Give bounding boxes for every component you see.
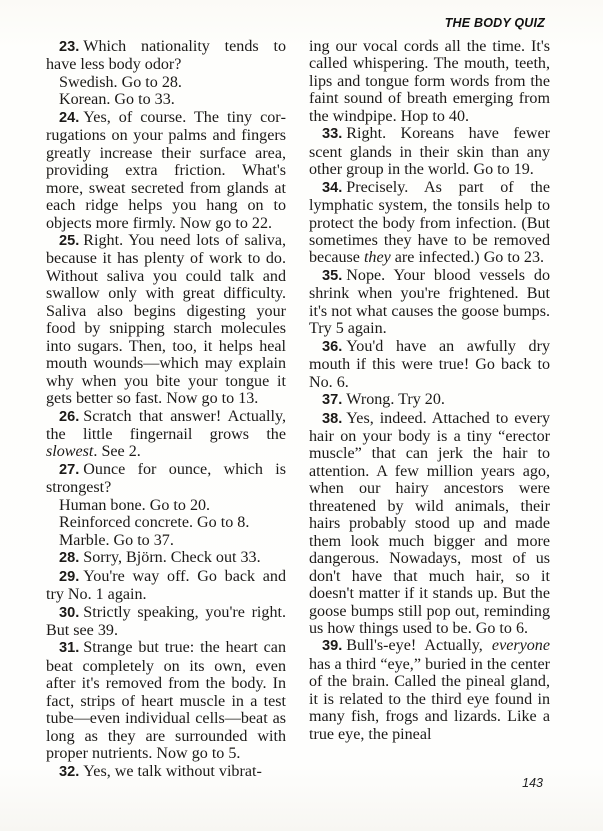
answer-32: 32.Yes, we talk without vibrat- [46, 763, 286, 781]
item-number: 23. [59, 39, 79, 55]
answer-option: Human bone. Go to 20. [46, 497, 286, 514]
answer-text: You're way off. Go back and try No. 1 ag… [46, 568, 286, 603]
answer-38: 38.Yes, indeed. Attached to every hair o… [309, 410, 550, 638]
item-number: 30. [59, 605, 79, 621]
answer-text: Right. Koreans have fewer scent glands i… [309, 125, 550, 178]
answer-option: Reinforced concrete. Go to 8. [46, 514, 286, 531]
answer-33: 33.Right. Koreans have fewer scent gland… [309, 125, 550, 178]
answer-text: You'd have an awfully dry mouth if this … [309, 338, 550, 391]
answer-39: 39.Bull's-eye! Actually, every­one has a… [309, 637, 550, 743]
answer-text: . See 2. [93, 443, 140, 460]
answer-text: Scratch that answer! Actu­ally, the litt… [46, 408, 286, 443]
page-number: 143 [522, 776, 543, 790]
answer-28: 28.Sorry, Björn. Check out 33. [46, 549, 286, 567]
emphasis-text: every­one [492, 637, 550, 654]
item-number: 36. [322, 339, 342, 355]
answer-31: 31.Strange but true: the heart can beat … [46, 639, 286, 762]
answer-35: 35.Nope. Your blood vessels do shrink wh… [309, 267, 550, 338]
item-number: 24. [59, 110, 79, 126]
question-text: Ounce for ounce, which is strongest? [46, 461, 286, 496]
answer-29: 29.You're way off. Go back and try No. 1… [46, 568, 286, 604]
item-number: 26. [59, 409, 79, 425]
left-column: 23.Which nationality tends to have less … [46, 38, 286, 781]
item-number: 31. [59, 640, 79, 656]
answer-option: Marble. Go to 37. [46, 532, 286, 549]
item-number: 25. [59, 233, 79, 249]
answer-text: Yes, of course. The tiny cor­rugations o… [46, 109, 286, 232]
item-number: 27. [59, 462, 79, 478]
answer-37: 37.Wrong. Try 20. [309, 391, 550, 409]
answer-text: has a third “eye,” buried in the center … [309, 656, 550, 743]
answer-text: Wrong. Try 20. [346, 391, 445, 408]
running-head: THE BODY QUIZ [445, 16, 545, 30]
item-number: 39. [322, 638, 342, 654]
answer-text: Right. You need lots of saliva, because … [46, 232, 286, 407]
item-number: 33. [322, 126, 342, 142]
answer-text: are infected.) Go to 23. [391, 249, 544, 266]
right-column: ing our vocal cords all the time. It's c… [309, 38, 550, 743]
answer-text: Bull's-eye! Actually, [346, 637, 492, 654]
item-number: 28. [59, 550, 79, 566]
answer-text: Sorry, Björn. Check out 33. [83, 549, 260, 566]
item-number: 34. [322, 180, 342, 196]
answer-34: 34.Precisely. As part of the lymphatic s… [309, 179, 550, 267]
magazine-page: THE BODY QUIZ 23.Which nationality tends… [0, 0, 603, 831]
question-23: 23.Which nationality tends to have less … [46, 38, 286, 74]
emphasis-text: slowest [46, 443, 93, 460]
answer-25: 25.Right. You need lots of saliva, becau… [46, 232, 286, 408]
question-text: Which nationality tends to have less bod… [46, 38, 286, 73]
answer-option: Swedish. Go to 28. [46, 74, 286, 91]
emphasis-text: they [364, 249, 391, 266]
item-number: 37. [322, 392, 342, 408]
item-number: 38. [322, 411, 342, 427]
answer-text: Yes, we talk without vibrat- [83, 763, 262, 780]
question-27: 27.Ounce for ounce, which is strongest? [46, 461, 286, 497]
answer-30: 30.Strictly speaking, you're right. But … [46, 604, 286, 640]
answer-36: 36.You'd have an awfully dry mouth if th… [309, 338, 550, 391]
answer-24: 24.Yes, of course. The tiny cor­rugation… [46, 109, 286, 232]
answer-text: Strange but true: the heart can beat com… [46, 639, 286, 762]
answer-option: Korean. Go to 33. [46, 91, 286, 108]
answer-text: Nope. Your blood vessels do shrink when … [309, 267, 550, 337]
answer-text: Strictly speaking, you're right. But see… [46, 604, 286, 639]
answer-32-continued: ing our vocal cords all the time. It's c… [309, 38, 550, 125]
item-number: 35. [322, 268, 342, 284]
item-number: 32. [59, 764, 79, 780]
answer-26: 26.Scratch that answer! Actu­ally, the l… [46, 408, 286, 461]
item-number: 29. [59, 569, 79, 585]
answer-text: Yes, indeed. Attached to every hair on y… [309, 410, 550, 637]
